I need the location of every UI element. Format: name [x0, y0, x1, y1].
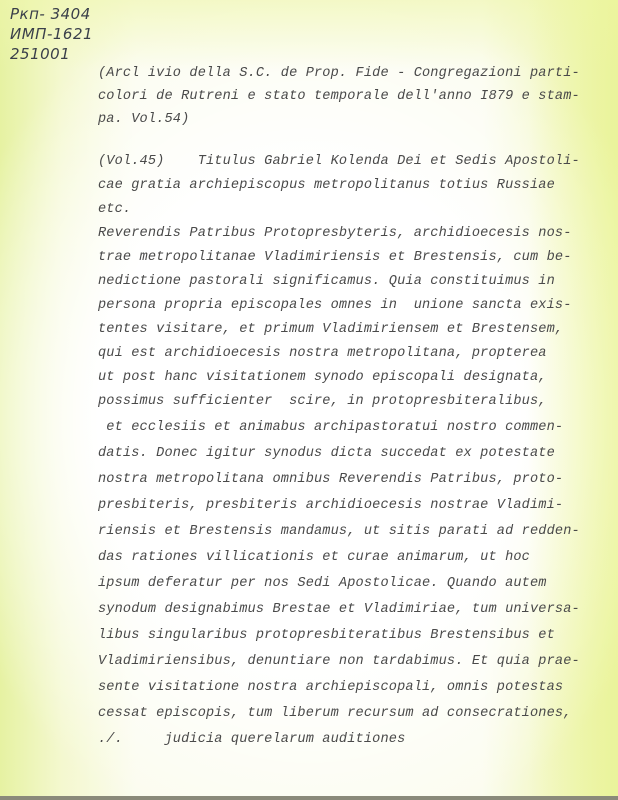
heading-line: (Vol.45) Titulus Gabriel Kolenda Dei et …	[98, 152, 580, 172]
archive-mark-fond: Ркп- 3404	[10, 4, 93, 24]
body-line: cessat episcopis, tum liberum recursum a…	[98, 704, 572, 724]
body-line: riensis et Brestensis mandamus, ut sitis…	[98, 522, 580, 542]
archive-mark-number: 251001	[10, 44, 93, 64]
source-header-line: colori de Rutreni e stato temporale dell…	[98, 87, 580, 107]
archive-marks: Ркп- 3404 ИМП-1621 251001	[10, 4, 93, 64]
heading-line: cae gratia archiepiscopus metropolitanus…	[98, 176, 555, 196]
source-header-line: (Arcl ivio della S.C. de Prop. Fide - Co…	[98, 64, 580, 84]
body-line: Vladimiriensibus, denuntiare non tardabi…	[98, 652, 580, 672]
body-line: persona propria episcopales omnes in uni…	[98, 296, 572, 316]
body-line: ipsum deferatur per nos Sedi Apostolicae…	[98, 574, 547, 594]
body-line: possimus sufficienter scire, in protopre…	[98, 392, 547, 412]
body-line: nedictione pastorali significamus. Quia …	[98, 272, 555, 292]
body-line: nostra metropolitana omnibus Reverendis …	[98, 470, 563, 490]
body-line: et ecclesiis et animabus archipastoratui…	[98, 418, 563, 438]
body-line: ./. judicia querelarum auditiones	[98, 730, 405, 750]
body-line: Reverendis Patribus Protopresbyteris, ar…	[98, 224, 572, 244]
body-line: qui est archidioecesis nostra metropolit…	[98, 344, 547, 364]
body-line: trae metropolitanae Vladimiriensis et Br…	[98, 248, 572, 268]
archive-mark-inventory: ИМП-1621	[10, 24, 93, 44]
page-bottom-edge	[0, 796, 618, 800]
body-line: sente visitatione nostra archiepiscopali…	[98, 678, 563, 698]
body-line: libus singularibus protopresbiteratibus …	[98, 626, 555, 646]
body-line: presbiteris, presbiteris archidioecesis …	[98, 496, 563, 516]
source-header-line: pa. Vol.54)	[98, 110, 189, 130]
body-line: tentes visitare, et primum Vladimiriense…	[98, 320, 563, 340]
heading-line: etc.	[98, 200, 131, 220]
body-line: das rationes villicationis et curae anim…	[98, 548, 530, 568]
body-line: synodum designabimus Brestae et Vladimir…	[98, 600, 580, 620]
body-line: ut post hanc visitationem synodo episcop…	[98, 368, 547, 388]
body-line: datis. Donec igitur synodus dicta succed…	[98, 444, 555, 464]
